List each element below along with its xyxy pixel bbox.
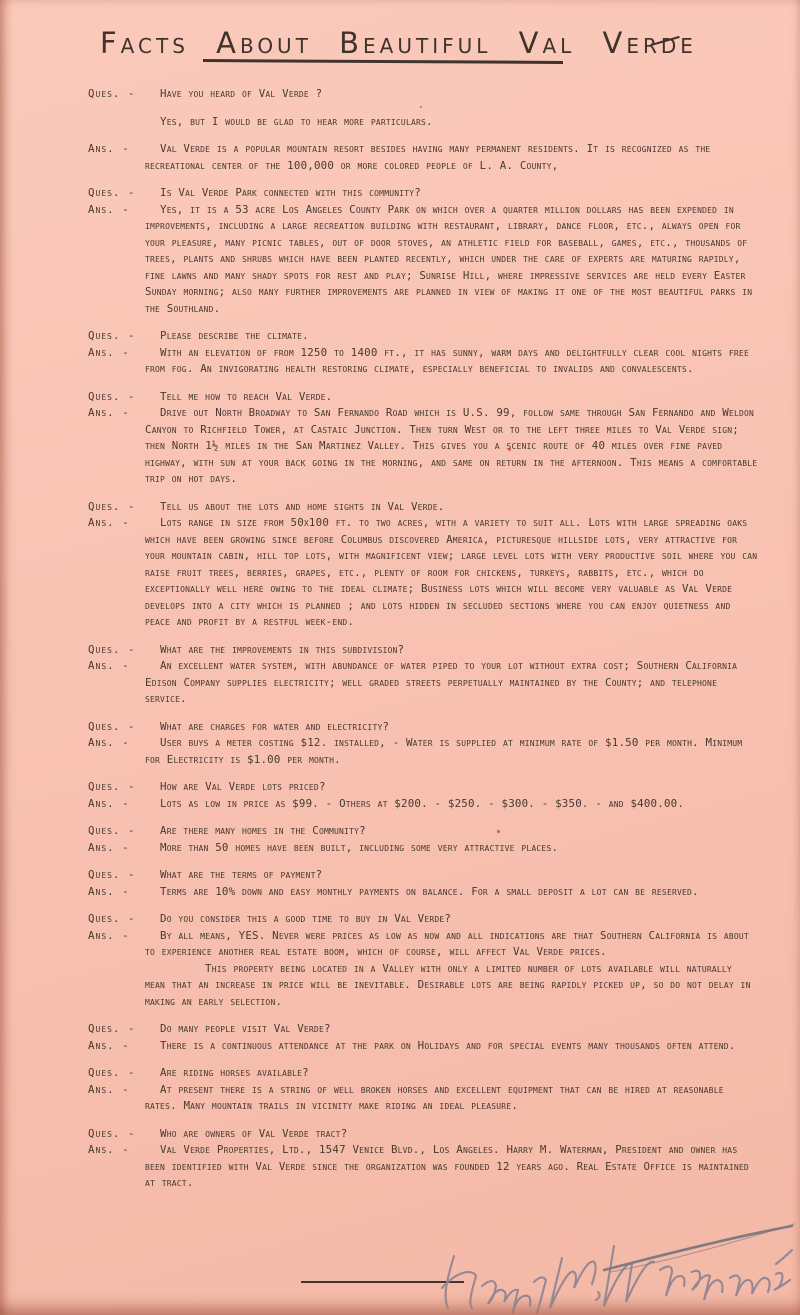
qa-text: By all means, YES. Never were prices as … <box>145 928 758 1011</box>
paper-fleck <box>508 448 511 451</box>
qa-block: Ques. - Do many people visit Val Verde? <box>88 1021 758 1038</box>
qa-block: Ans. - By all means, YES. Never were pri… <box>88 928 758 1011</box>
qa-block: Ans. - With an elevation of from 1250 to… <box>88 345 758 378</box>
qa-block: Ques. - Are there many homes in the Comm… <box>88 823 758 840</box>
qa-block: Ques. - Have you heard of Val Verde ? <box>88 86 758 103</box>
qa-label: Ques. - <box>88 642 135 659</box>
qa-block: Ans. - An excellent water system, with a… <box>88 658 758 708</box>
qa-paragraph: Please describe the climate. <box>145 328 758 345</box>
qa-paragraph: Are there many homes in the Community? <box>145 823 758 840</box>
qa-block: Ques. - Do you consider this a good time… <box>88 911 758 928</box>
qa-label: Ques. - <box>88 389 135 406</box>
qa-paragraph: Tell us about the lots and home sights i… <box>145 499 758 516</box>
paper-fleck <box>420 106 422 108</box>
qa-text: Tell me how to reach Val Verde. <box>145 389 758 406</box>
qa-paragraph: Who are owners of Val Verde tract? <box>145 1126 758 1143</box>
qa-block: Ans. - Yes, it is a 53 acre Los Angeles … <box>88 202 758 318</box>
qa-block: Ans. - Lots as low in price as $99. - Ot… <box>88 796 758 813</box>
qa-block: Ans. - At present there is a string of w… <box>88 1082 758 1115</box>
qa-paragraph: Yes, it is a 53 acre Los Angeles County … <box>145 202 758 318</box>
qa-paragraph: Do you consider this a good time to buy … <box>145 911 758 928</box>
qa-label: Ans. - <box>88 928 130 945</box>
qa-label: Ans. - <box>88 1038 130 1055</box>
qa-block: Ques. - What are the terms of payment? <box>88 867 758 884</box>
qa-text: Val Verde is a popular mountain resort b… <box>145 141 758 174</box>
qa-text: Please describe the climate. <box>145 328 758 345</box>
qa-text: More than 50 homes have been built, incl… <box>145 840 758 857</box>
qa-text: Terms are 10% down and easy monthly paym… <box>145 884 758 901</box>
qa-text: Yes, but I would be glad to hear more pa… <box>145 114 758 131</box>
qa-block: Ques. - How are Val Verde lots priced? <box>88 779 758 796</box>
qa-label: Ques. - <box>88 719 135 736</box>
qa-label: Ques. - <box>88 867 135 884</box>
qa-text: Do you consider this a good time to buy … <box>145 911 758 928</box>
qa-paragraph: Val Verde Properties, Ltd., 1547 Venice … <box>145 1142 758 1192</box>
qa-text: Lots range in size from 50x100 ft. to tw… <box>145 515 758 631</box>
qa-paragraph: There is a continuous attendance at the … <box>145 1038 758 1055</box>
qa-text: At present there is a string of well bro… <box>145 1082 758 1115</box>
qa-label: Ques. - <box>88 328 135 345</box>
qa-label: Ans. - <box>88 202 130 219</box>
qa-label: Ques. - <box>88 911 135 928</box>
qa-label: Ques. - <box>88 86 135 103</box>
qa-label: Ans. - <box>88 796 130 813</box>
qa-block: Ques. - Tell us about the lots and home … <box>88 499 758 516</box>
qa-block: Ans. - More than 50 homes have been buil… <box>88 840 758 857</box>
qa-paragraph: What are charges for water and electrici… <box>145 719 758 736</box>
qa-text: Who are owners of Val Verde tract? <box>145 1126 758 1143</box>
qa-text: Do many people visit Val Verde? <box>145 1021 758 1038</box>
qa-text: User buys a meter costing $12. installed… <box>145 735 758 768</box>
qa-paragraph: At present there is a string of well bro… <box>145 1082 758 1115</box>
qa-text: What are the terms of payment? <box>145 867 758 884</box>
qa-block: Ques. - Who are owners of Val Verde trac… <box>88 1126 758 1143</box>
qa-block: Ques. - What are charges for water and e… <box>88 719 758 736</box>
qa-paragraph: What are the improvements in this subdiv… <box>145 642 758 659</box>
qa-label: Ans. - <box>88 1082 130 1099</box>
qa-label: Ques. - <box>88 779 135 796</box>
qa-label: Ans. - <box>88 840 130 857</box>
qa-block: Ans. - User buys a meter costing $12. in… <box>88 735 758 768</box>
qa-paragraph: This property being located in a Valley … <box>145 961 758 1011</box>
qa-paragraph: Terms are 10% down and easy monthly paym… <box>145 884 758 901</box>
qa-block: Ques. - What are the improvements in thi… <box>88 642 758 659</box>
qa-label: Ans. - <box>88 515 130 532</box>
qa-label: Ques. - <box>88 1126 135 1143</box>
qa-block: Yes, but I would be glad to hear more pa… <box>88 114 758 131</box>
qa-paragraph: Yes, but I would be glad to hear more pa… <box>145 114 758 131</box>
qa-text: Tell us about the lots and home sights i… <box>145 499 758 516</box>
qa-text: Is Val Verde Park connected with this co… <box>145 185 758 202</box>
qa-text: Yes, it is a 53 acre Los Angeles County … <box>145 202 758 318</box>
signature <box>438 1216 798 1314</box>
qa-paragraph: How are Val Verde lots priced? <box>145 779 758 796</box>
qa-paragraph: Have you heard of Val Verde ? <box>145 86 758 103</box>
qa-text: Val Verde Properties, Ltd., 1547 Venice … <box>145 1142 758 1192</box>
qa-paragraph: Lots range in size from 50x100 ft. to tw… <box>145 515 758 631</box>
qa-text: What are the improvements in this subdiv… <box>145 642 758 659</box>
qa-paragraph: Is Val Verde Park connected with this co… <box>145 185 758 202</box>
title-underline <box>203 59 563 63</box>
qa-text: An excellent water system, with abundanc… <box>145 658 758 708</box>
qa-list: Ques. - Have you heard of Val Verde ? Ye… <box>88 86 758 1192</box>
flyer-page: Facts About Beautiful Val Verde Ques. - … <box>0 0 800 1315</box>
qa-paragraph: Val Verde is a popular mountain resort b… <box>145 141 758 174</box>
qa-text: Have you heard of Val Verde ? <box>145 86 758 103</box>
qa-text: How are Val Verde lots priced? <box>145 779 758 796</box>
qa-text: Are there many homes in the Community? <box>145 823 758 840</box>
qa-paragraph: By all means, YES. Never were prices as … <box>145 928 758 961</box>
qa-paragraph: Lots as low in price as $99. - Others at… <box>145 796 758 813</box>
qa-paragraph: User buys a meter costing $12. installed… <box>145 735 758 768</box>
qa-label: Ques. - <box>88 1065 135 1082</box>
qa-text: Lots as low in price as $99. - Others at… <box>145 796 758 813</box>
qa-text: With an elevation of from 1250 to 1400 f… <box>145 345 758 378</box>
qa-label: Ans. - <box>88 405 130 422</box>
qa-text: Are riding horses available? <box>145 1065 758 1082</box>
qa-label: Ans. - <box>88 141 130 158</box>
qa-paragraph: Drive out North Broadway to San Fernando… <box>145 405 758 488</box>
paper-fleck <box>497 830 500 833</box>
qa-label: Ques. - <box>88 499 135 516</box>
qa-block: Ans. - Lots range in size from 50x100 ft… <box>88 515 758 631</box>
qa-text: There is a continuous attendance at the … <box>145 1038 758 1055</box>
qa-label: Ques. - <box>88 185 135 202</box>
qa-block: Ans. - There is a continuous attendance … <box>88 1038 758 1055</box>
qa-block: Ques. - Tell me how to reach Val Verde. <box>88 389 758 406</box>
qa-block: Ques. - Are riding horses available? <box>88 1065 758 1082</box>
qa-label: Ques. - <box>88 823 135 840</box>
qa-paragraph: Are riding horses available? <box>145 1065 758 1082</box>
qa-label: Ans. - <box>88 884 130 901</box>
qa-paragraph: Do many people visit Val Verde? <box>145 1021 758 1038</box>
qa-label: Ans. - <box>88 735 130 752</box>
qa-label: Ans. - <box>88 658 130 675</box>
qa-text: Drive out North Broadway to San Fernando… <box>145 405 758 488</box>
qa-paragraph: Tell me how to reach Val Verde. <box>145 389 758 406</box>
qa-block: Ques. - Please describe the climate. <box>88 328 758 345</box>
qa-paragraph: With an elevation of from 1250 to 1400 f… <box>145 345 758 378</box>
qa-block: Ans. - Val Verde Properties, Ltd., 1547 … <box>88 1142 758 1192</box>
qa-label: Ans. - <box>88 345 130 362</box>
qa-block: Ques. - Is Val Verde Park connected with… <box>88 185 758 202</box>
qa-block: Ans. - Drive out North Broadway to San F… <box>88 405 758 488</box>
signature-strokes <box>442 1246 792 1314</box>
qa-label: Ans. - <box>88 1142 130 1159</box>
qa-paragraph: What are the terms of payment? <box>145 867 758 884</box>
qa-block: Ans. - Val Verde is a popular mountain r… <box>88 141 758 174</box>
qa-paragraph: An excellent water system, with abundanc… <box>145 658 758 708</box>
qa-paragraph: More than 50 homes have been built, incl… <box>145 840 758 857</box>
qa-block: Ans. - Terms are 10% down and easy month… <box>88 884 758 901</box>
qa-label: Ques. - <box>88 1021 135 1038</box>
qa-text: What are charges for water and electrici… <box>145 719 758 736</box>
